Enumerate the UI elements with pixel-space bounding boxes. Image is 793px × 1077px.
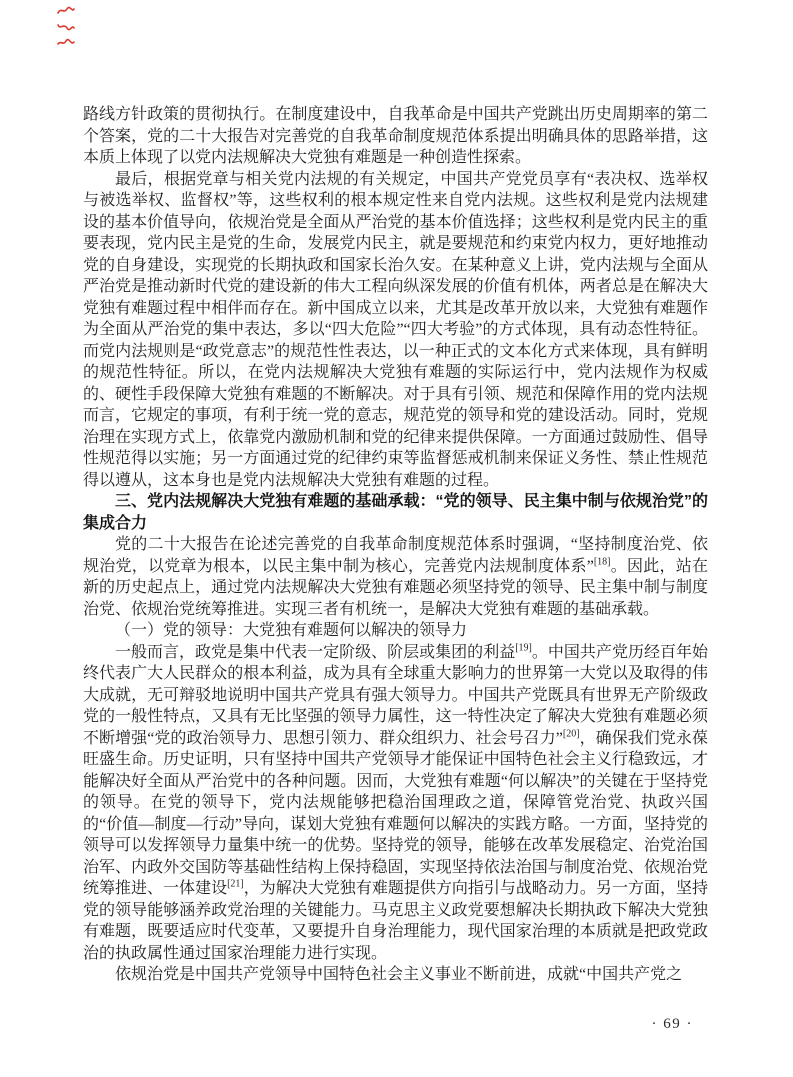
paragraph-continuation: 路线方针政策的贯彻执行。在制度建设中，自我革命是中国共产党跳出历史周期率的第二个…: [83, 104, 708, 169]
red-scribble-icon: [56, 37, 76, 48]
red-annotation-marks: [56, 5, 76, 48]
page-number: · 69 ·: [652, 1016, 694, 1033]
red-scribble-icon: [56, 5, 76, 16]
paragraph-zuihou: 最后，根据党章与相关党内法规的有关规定，中国共产党党员享有“表决权、选举权与被选…: [83, 169, 708, 492]
paragraph-ershida: 党的二十大报告在论述完善党的自我革命制度规范体系时强调，“坚持制度治党、依规治党…: [83, 534, 708, 620]
section-heading: 三、党内法规解决大党独有难题的基础承载：“党的领导、民主集中制与依规治党”的集成…: [83, 491, 708, 534]
footnote-ref: [20]: [563, 728, 580, 739]
paragraph-lingdao: 一般而言，政党是集中代表一定阶级、阶层或集团的利益[19]。中国共产党历经百年始…: [83, 642, 708, 965]
footnote-ref: [19]: [515, 642, 532, 653]
article-body: 路线方针政策的贯彻执行。在制度建设中，自我革命是中国共产党跳出历史周期率的第二个…: [83, 104, 708, 986]
sub-heading: （一）党的领导：大党独有难题何以解决的领导力: [83, 620, 708, 642]
paragraph-yigui: 依规治党是中国共产党领导中国特色社会主义事业不断前进，成就“中国共产党之: [83, 964, 708, 986]
document-page: 路线方针政策的贯彻执行。在制度建设中，自我革命是中国共产党跳出历史周期率的第二个…: [0, 0, 793, 1077]
footnote-ref: [21]: [227, 879, 244, 890]
footnote-ref: [18]: [594, 556, 611, 567]
red-scribble-icon: [56, 21, 76, 32]
